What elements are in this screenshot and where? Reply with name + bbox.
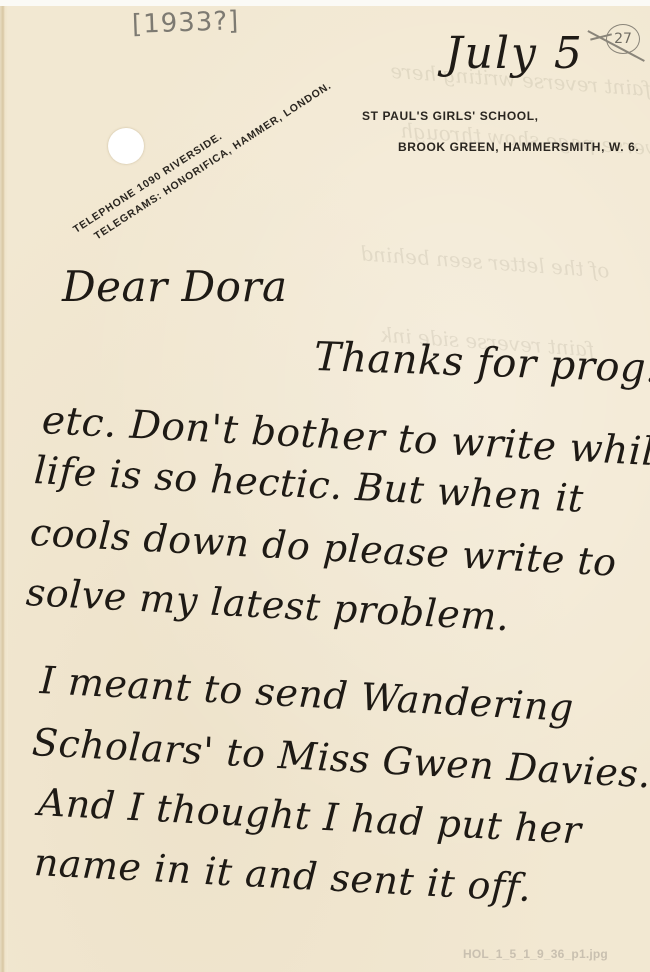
archive-date-annotation: [1933?] [132, 6, 240, 40]
salutation: Dear Dora [62, 262, 288, 311]
paper-left-edge [0, 6, 8, 972]
letter-date: July 5 [445, 28, 584, 79]
letterhead-telegrams: TELEGRAMS: HONORIFICA, HAMMER, LONDON. [79, 78, 335, 253]
letter-line: And I thought I had put her [37, 780, 583, 852]
letterhead-school-name: ST PAUL'S GIRLS' SCHOOL, [362, 109, 539, 123]
show-through-text: of the letter seen behind [359, 241, 610, 282]
letter-line: cools down do please write to [29, 510, 618, 585]
letter-page: some faint reverse writing here reverse … [0, 0, 650, 972]
punch-hole [108, 128, 144, 164]
letterhead-contact-block: TELEPHONE 1090 RIVERSIDE. TELEGRAMS: HON… [70, 64, 335, 253]
letter-line: Thanks for prog: [313, 334, 650, 392]
letterhead-address: BROOK GREEN, HAMMERSMITH, W. 6. [398, 140, 639, 154]
folio-number: 27 [606, 24, 640, 54]
image-filename-label: HOL_1_5_1_9_36_p1.jpg [463, 947, 608, 961]
scan-top-border [0, 0, 650, 6]
letter-line: I meant to send Wandering [39, 658, 575, 730]
letter-line: name in it and sent it off. [33, 840, 533, 910]
letter-line: solve my latest problem. [25, 570, 511, 639]
